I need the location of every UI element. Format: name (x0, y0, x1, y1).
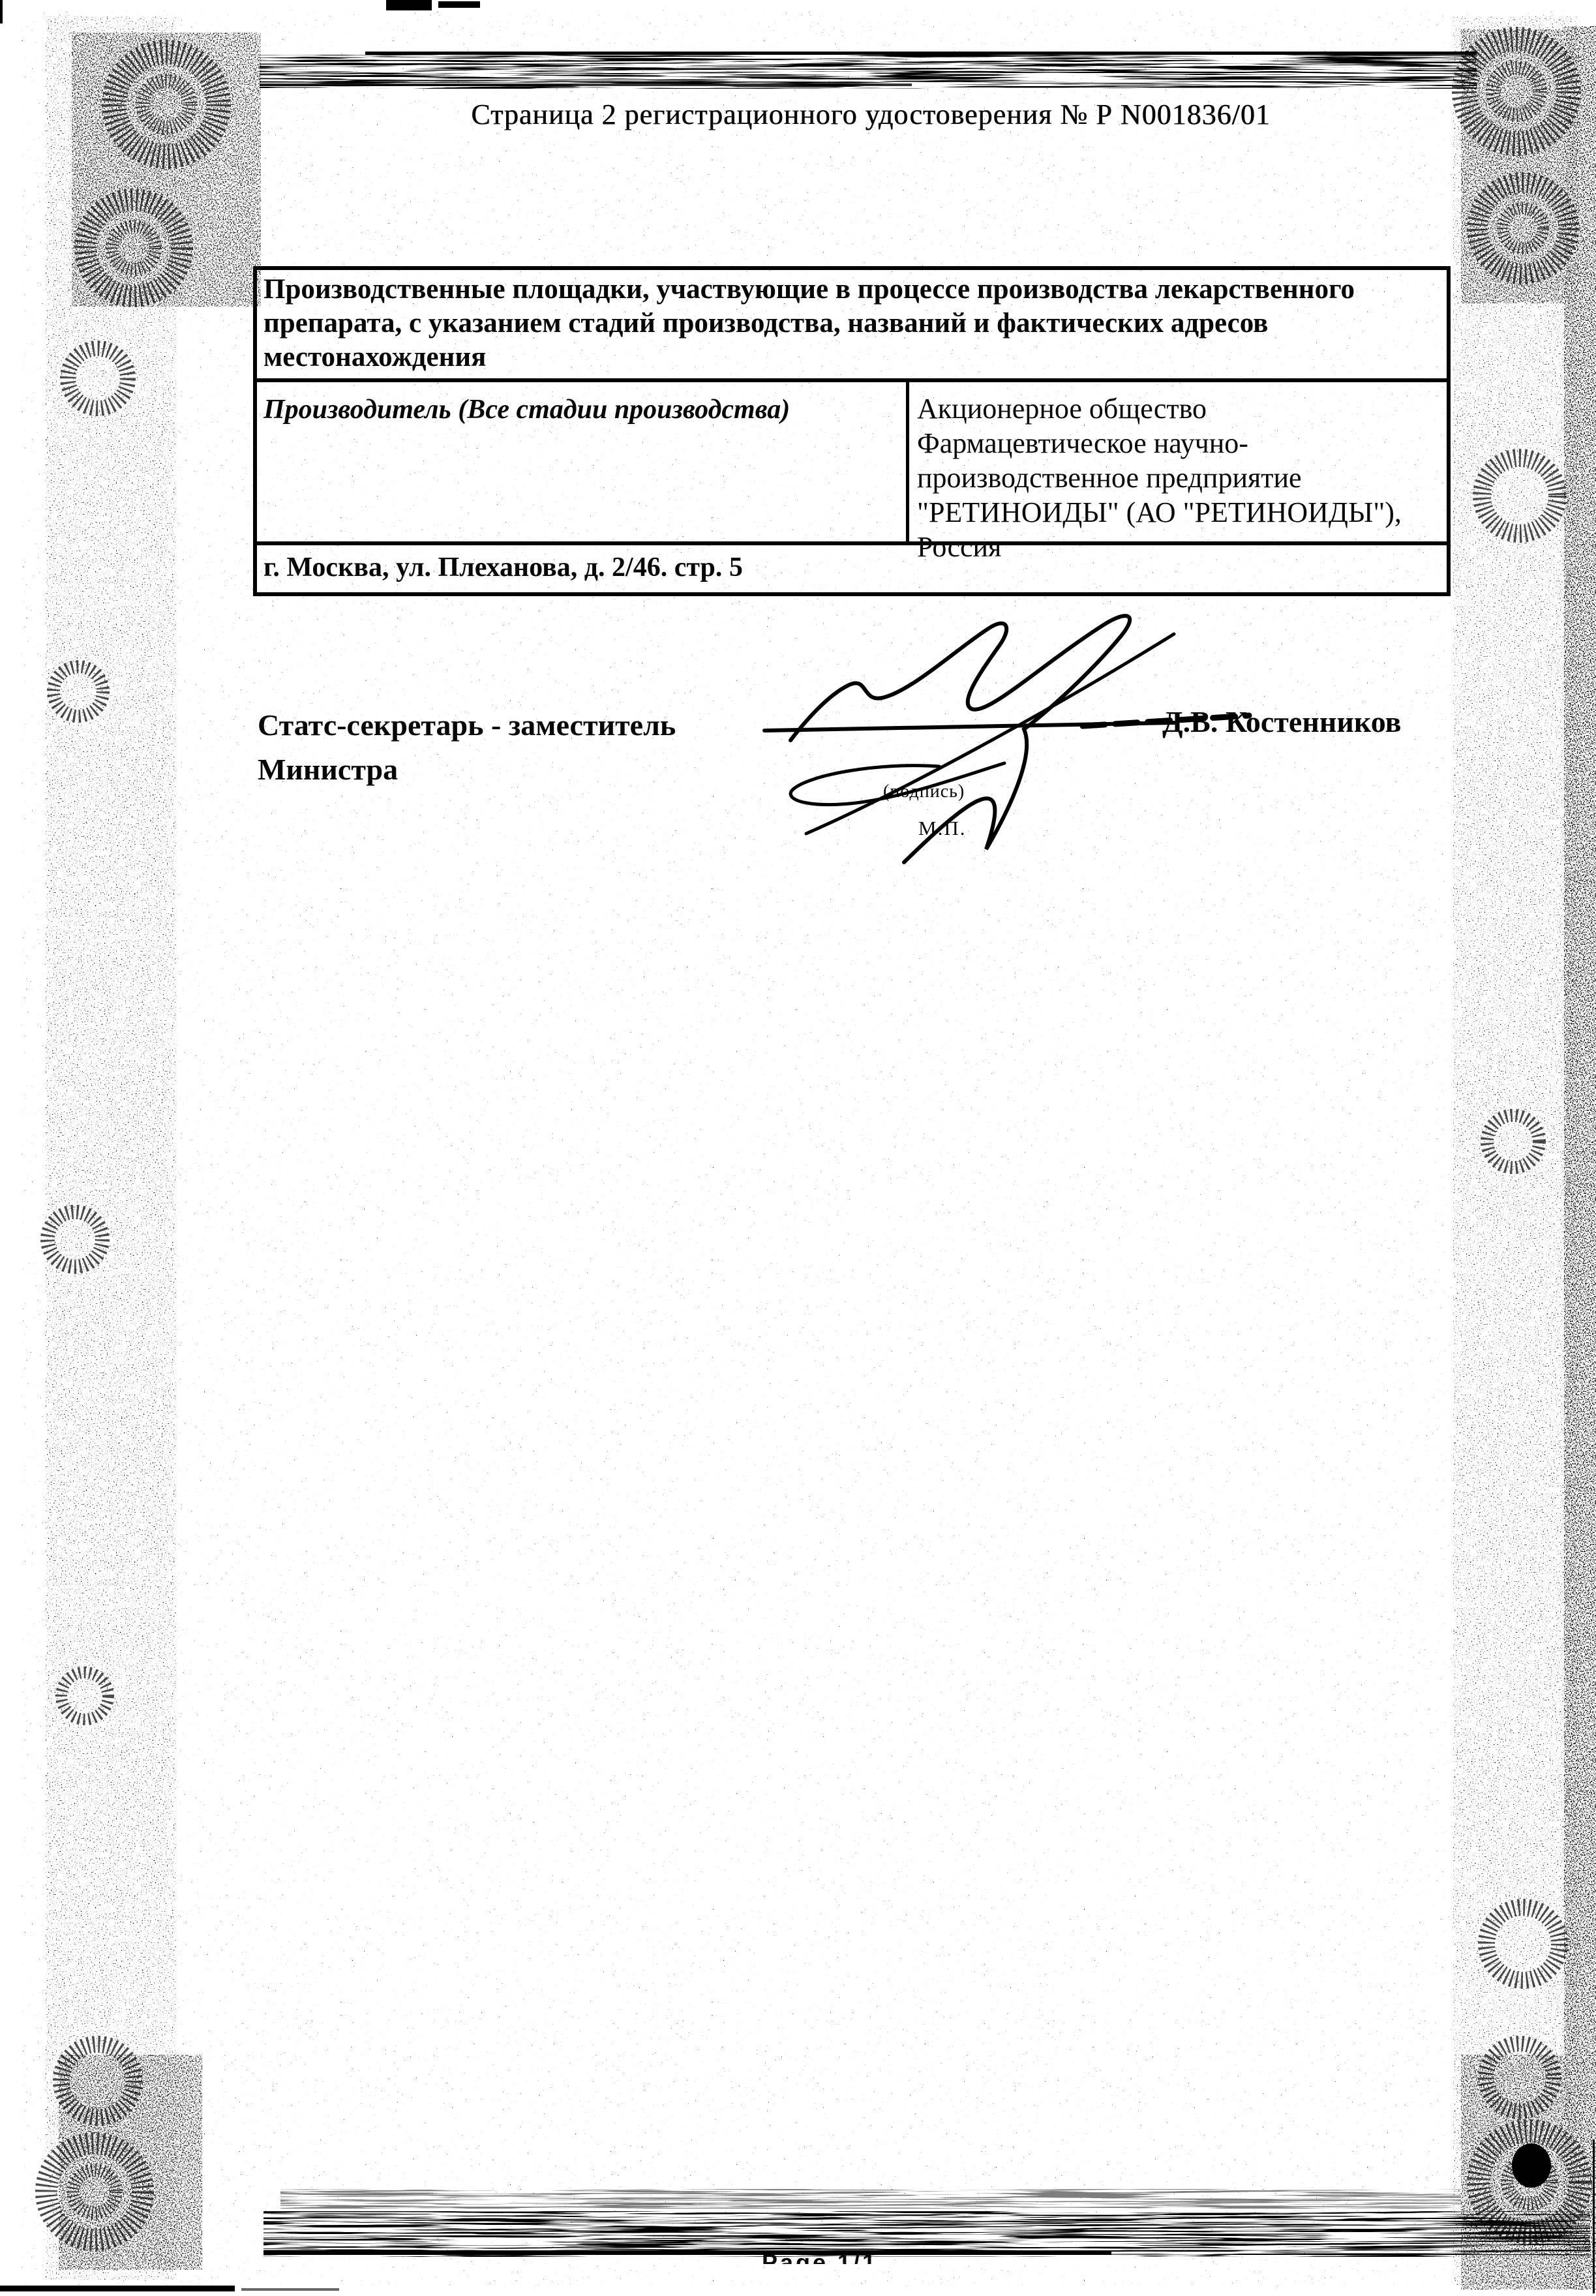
manufacturer-value-line: "РЕТИНОИДЫ" (АО "РЕТИНОИДЫ"), (917, 495, 1444, 530)
manufacturer-value-line: Акционерное общество (917, 391, 1444, 426)
table-header-line: препарата, с указанием стадий производст… (263, 307, 1439, 340)
handwritten-signature (744, 607, 1304, 868)
table-header-cell: Производственные площадки, участвующие в… (257, 270, 1447, 382)
manufacturer-label-cell: Производитель (Все стадии производства) (257, 382, 909, 541)
production-sites-table: Производственные площадки, участвующие в… (253, 266, 1451, 596)
black-dot-mark (1512, 2143, 1551, 2188)
table-header-line: местонахождения (263, 340, 1439, 374)
manufacturer-value-line: Фармацевтическое научно- (917, 426, 1444, 461)
manufacturer-value-line: Россия (917, 530, 1444, 564)
scanned-certificate-page: Страница 2 регистрационного удостоверени… (0, 0, 1596, 2296)
signatory-title: Статс-секретарь - заместитель Министра (258, 703, 676, 792)
signatory-title-line: Министра (258, 748, 676, 792)
manufacturer-value-line: производственное предприятие (917, 461, 1444, 495)
page-header: Страница 2 регистрационного удостоверени… (417, 98, 1324, 131)
bottom-streak-band (263, 2189, 1590, 2257)
footer-page-text: Page 1/1 (762, 2249, 878, 2264)
footer-page-label: Page 1/1 (762, 2249, 878, 2264)
signatory-title-line: Статс-секретарь - заместитель (258, 703, 676, 748)
manufacturer-value-cell: Акционерное общество Фармацевтическое на… (909, 382, 1447, 541)
table-row: Производитель (Все стадии производства) … (257, 382, 1447, 545)
table-header-line: Производственные площадки, участвующие в… (263, 273, 1439, 307)
top-streak-band (260, 52, 1477, 89)
